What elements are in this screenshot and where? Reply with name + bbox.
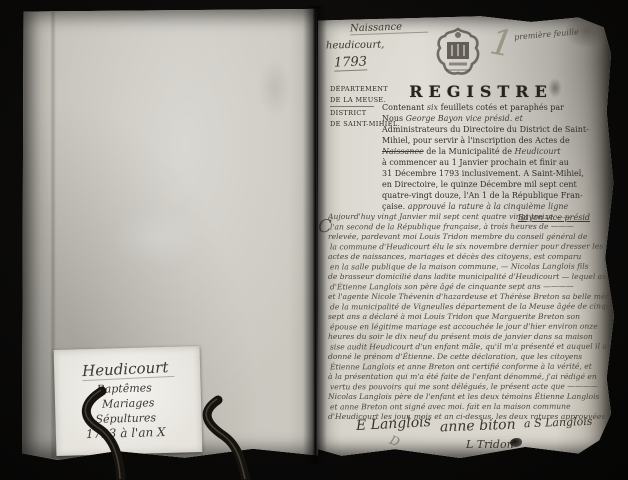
act-line: en la salle publique de la maison commun… <box>330 262 620 273</box>
handwritten-note-heudicourt: heudicourt, <box>326 39 385 51</box>
act-line: et l'agente Nicole Thévenin d'hazardeuse… <box>328 292 618 302</box>
paragraph-line: çaise. approuvé la rature à la cinquième… <box>382 201 608 212</box>
act-line: de la municipalité de Vigneulles départe… <box>330 302 620 313</box>
act-line: à la présentation qui m'a été faite de l… <box>328 372 618 382</box>
label-line: 1793 à l'an X <box>86 424 202 442</box>
text-segment: Administrateurs du Directoire du Distric… <box>382 125 589 134</box>
paragraph-line: Administrateurs du Directoire du Distric… <box>382 124 608 135</box>
act-line: heures du soir le dix neuf du présent mo… <box>328 332 618 342</box>
act-line: de brasseur domicilié dans ladite munici… <box>328 272 618 282</box>
text-segment: çaise. <box>382 202 408 211</box>
text-segment: 31 Décembre 1793 inclusivement. A Saint-… <box>382 169 584 178</box>
act-line: et anne Breton ont signé avec moi. fait … <box>330 402 620 413</box>
act-line: l'an second de la République française, … <box>330 222 620 233</box>
label-title: Heudicourt <box>82 358 175 381</box>
handwritten-page-number: 1 <box>487 24 516 63</box>
paper-highlight <box>112 208 202 268</box>
text-segment: à commencer au 1 Janvier prochain et fin… <box>382 158 569 167</box>
label-lines: BaptêmesMariagesSépultures1793 à l'an X <box>54 379 202 443</box>
left-page: Heudicourt BaptêmesMariagesSépultures179… <box>22 8 318 460</box>
text-segment: approuvé la rature à la cinquième ligne <box>408 202 568 211</box>
paper-stain <box>258 58 292 118</box>
paragraph-line: Contenant six feuillets cotés et paraphé… <box>382 102 608 113</box>
archive-photograph: Heudicourt BaptêmesMariagesSépultures179… <box>0 0 628 480</box>
signature-tridon: L Tridon <box>466 438 514 451</box>
text-segment: Heudicourt <box>515 147 561 156</box>
act-line: Étienne Langlois et anne Breton ont cert… <box>330 362 620 373</box>
signature-biton: anne biton <box>440 417 516 436</box>
act-line: vertu des pouvoirs qui me sont délégués,… <box>330 382 620 393</box>
paragraph-line: en Directoire, le quinze Décembre mil se… <box>382 179 608 190</box>
signature-langlois: E Langlois <box>356 414 432 434</box>
register-title: REGISTRE <box>396 82 566 101</box>
paragraph-line: Nous George Bayon vice présid. et <box>382 113 608 124</box>
signature-paraph: D <box>388 433 402 449</box>
paragraph-line: Naissance de la Municipalité de Heudicou… <box>382 146 608 157</box>
department-line: DE LA MEUSE. <box>330 95 374 108</box>
text-segment: Mihiel, pour servir à l'inscription des … <box>382 136 570 145</box>
text-segment: en Directoire, le quinze Décembre mil se… <box>382 180 577 189</box>
text-segment: quatre-vingt douze, l'An 1 de la Républi… <box>382 191 583 200</box>
handwritten-note-year: 1793 <box>334 54 368 71</box>
text-segment: de la Municipalité de <box>424 147 515 156</box>
paragraph-line: à commencer au 1 Janvier prochain et fin… <box>382 157 608 168</box>
act-line: d'Étienne Langlois son père âgé de cinqu… <box>330 282 620 293</box>
text-segment: George Bayon vice présid. et <box>406 114 523 123</box>
signature-s-langlois: a S Langlois <box>524 415 593 430</box>
act-line: relevée, pardevant moi Louis Tridon memb… <box>328 232 618 242</box>
book-gutter <box>303 6 327 464</box>
official-stamp-icon <box>434 26 482 84</box>
right-page: Naissance heudicourt, 1793 1 première fe… <box>318 14 614 458</box>
text-segment: six <box>427 103 438 112</box>
paragraph-line: Mihiel, pour servir à l'inscription des … <box>382 135 608 146</box>
act-line: Nicolas Langlois père de l'enfant et les… <box>328 392 618 402</box>
act-line: épouse en légitime mariage est accouchée… <box>330 322 620 333</box>
act-line: sise audit Heudicourt d'un enfant mâle, … <box>330 342 620 353</box>
text-segment: Naissance <box>382 147 424 156</box>
act-line: la commune d'Heudicourt élu le six novem… <box>330 242 620 253</box>
handwritten-note-naissance: Naissance <box>350 21 428 36</box>
text-segment: feuillets cotés et paraphés par <box>438 103 564 112</box>
department-line: DÉPARTEMENT <box>330 84 392 95</box>
printed-paragraph: Contenant six feuillets cotés et paraphé… <box>382 102 608 223</box>
text-segment: Contenant <box>382 103 427 112</box>
paragraph-line: quatre-vingt douze, l'An 1 de la Républi… <box>382 190 608 201</box>
act-line: Aujourd'huy vingt Janvier mil sept cent … <box>328 212 618 222</box>
handwritten-act: Aujourd'huy vingt Janvier mil sept cent … <box>328 212 618 422</box>
act-line: sept ans a déclaré à moi Louis Tridon qu… <box>328 312 618 322</box>
text-segment: Nous <box>382 114 406 123</box>
ink-blot <box>510 438 522 447</box>
stamp-graphic <box>434 26 482 84</box>
act-line: donné le prénom d'Étienne. De cette décl… <box>328 352 618 362</box>
act-line: actes de naissances, mariages et décès d… <box>328 252 618 262</box>
handwritten-note-first-sheet: première feuille <box>514 27 579 42</box>
paragraph-line: 31 Décembre 1793 inclusivement. A Saint-… <box>382 168 608 179</box>
archive-label: Heudicourt BaptêmesMariagesSépultures179… <box>54 346 203 456</box>
